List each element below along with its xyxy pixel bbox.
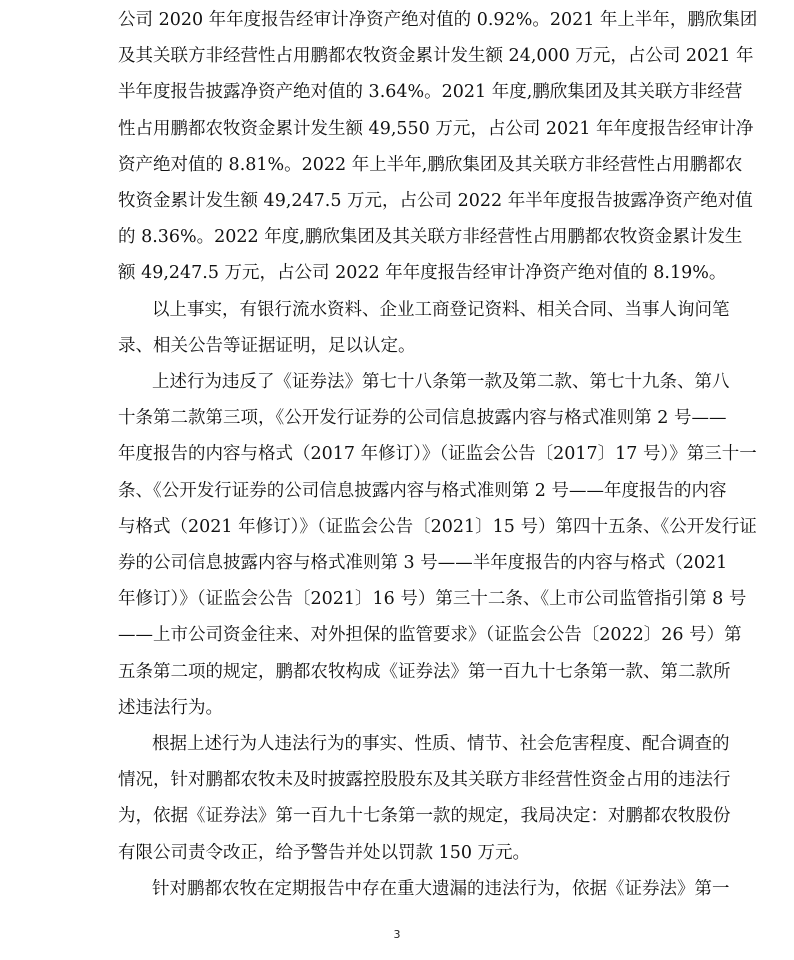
text-line: 针对鹏都农牧在定期报告中存在重大遗漏的违法行为，依据《证券法》第一 [152, 878, 683, 900]
text-line: 条、《公开发行证券的公司信息披露内容与格式准则第 2 号——年度报告的内容 [118, 480, 683, 502]
text-line: 及其关联方非经营性占用鹏都农牧资金累计发生额 24,000 万元，占公司 202… [118, 45, 683, 67]
text-line: 额 49,247.5 万元，占公司 2022 年年度报告经审计净资产绝对值的 8… [118, 262, 683, 284]
text-line: 券的公司信息披露内容与格式准则第 3 号——半年度报告的内容与格式（2021 [118, 552, 683, 574]
text-line: 以上事实，有银行流水资料、企业工商登记资料、相关合同、当事人询问笔 [152, 299, 683, 321]
text-line: 录、相关公告等证据证明，足以认定。 [118, 335, 683, 357]
text-line: 的 8.36%。2022 年度,鹏欣集团及其关联方非经营性占用鹏都农牧资金累计发… [118, 226, 683, 248]
text-line: 情况，针对鹏都农牧未及时披露控股股东及其关联方非经营性资金占用的违法行 [118, 769, 683, 791]
text-line: 述违法行为。 [118, 697, 683, 719]
text-line: 十条第二款第三项，《公开发行证券的公司信息披露内容与格式准则第 2 号—— [118, 407, 683, 429]
text-line: 性占用鹏都农牧资金累计发生额 49,550 万元，占公司 2021 年年度报告经… [118, 118, 683, 140]
text-line: 与格式（2021 年修订）》（证监会公告〔2021〕15 号）第四十五条、《公开… [118, 516, 683, 538]
text-line: 根据上述行为人违法行为的事实、性质、情节、社会危害程度、配合调查的 [152, 733, 683, 755]
text-line: 上述行为违反了《证券法》第七十八条第一款及第二款、第七十九条、第八 [152, 371, 683, 393]
page-number: 3 [0, 928, 794, 941]
document-page: 公司 2020 年年度报告经审计净资产绝对值的 0.92%。2021 年上半年，… [0, 0, 794, 960]
text-line: 五条第二项的规定，鹏都农牧构成《证券法》第一百九十七条第一款、第二款所 [118, 661, 683, 683]
text-line: 牧资金累计发生额 49,247.5 万元，占公司 2022 年半年度报告披露净资… [118, 190, 683, 212]
text-line: 半年度报告披露净资产绝对值的 3.64%。2021 年度,鹏欣集团及其关联方非经… [118, 81, 683, 103]
text-line: 有限公司责令改正，给予警告并处以罚款 150 万元。 [118, 842, 683, 864]
text-line: 资产绝对值的 8.81%。2022 年上半年,鹏欣集团及其关联方非经营性占用鹏都… [118, 154, 683, 176]
text-line: 为，依据《证券法》第一百九十七条第一款的规定，我局决定：对鹏都农牧股份 [118, 805, 683, 827]
text-line: 年度报告的内容与格式（2017 年修订）》（证监会公告〔2017〕17 号）》第… [118, 443, 683, 465]
text-line: 公司 2020 年年度报告经审计净资产绝对值的 0.92%。2021 年上半年，… [118, 9, 683, 31]
text-line: 年修订）》（证监会公告〔2021〕16 号）第三十二条、《上市公司监管指引第 8… [118, 588, 683, 610]
text-line: ——上市公司资金往来、对外担保的监管要求》（证监会公告〔2022〕26 号）第 [118, 624, 683, 646]
